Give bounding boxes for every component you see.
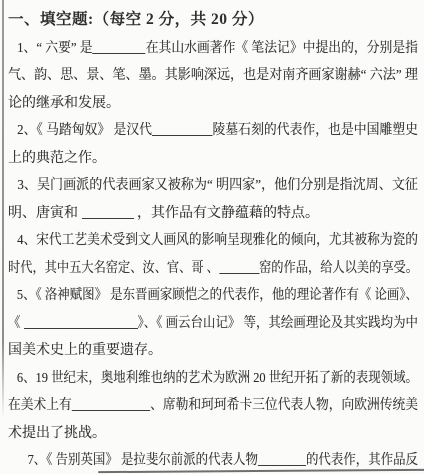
document-lines: 1、“ 六要” 是在其山水画著作《 笔法记》中提出的，分别是指气、韵、思、景、笔… — [8, 33, 418, 473]
text-segment: 窑的作品，给人以美的享受。 — [259, 261, 418, 276]
fill-blank — [82, 206, 134, 219]
question-line: 在美术上有、席勒和珂珂希卡三位代表人物，向欧洲传统美 — [8, 391, 418, 419]
text-segment: 在其山水画著作《 笔法记》中提出的，分别是指 — [146, 41, 418, 56]
fill-blank — [72, 398, 150, 411]
question-line: 气、韵、思、景、笔、墨。其影响深远，也是对南齐画家谢赫“ 六法” 理 — [8, 61, 418, 89]
question-line: 上的典范之作。 — [8, 143, 418, 171]
text-segment: 时代，其中五大名窑定、汝、官、哥 、 — [8, 261, 219, 276]
question-line: 6、19 世纪末，奥地利维也纳的艺术为欧洲 20 世纪开拓了新的表现领域。 — [8, 363, 418, 391]
question-line: 4、宋代工艺美术受到文人画风的影响呈现雅化的倾向，尤其被称为瓷的 — [8, 226, 418, 254]
text-segment: 的代表作，其作品反 — [306, 453, 418, 468]
question-line: 3、吴门画派的代表画家又被称为“ 明四家”，他们分别是指沈周、文征 — [8, 171, 418, 199]
question-line: 《 》、《 画云台山记》 等，其绘画理论及其实践均为中 — [8, 308, 418, 336]
question-line: 时代，其中五大名窑定、汝、官、哥 、窑的作品，给人以美的享受。 — [8, 253, 418, 281]
text-segment: 国美术史上的重要遗存。 — [8, 343, 162, 358]
text-segment: 明、唐寅和 — [8, 206, 82, 221]
exam-paper-page: 一、填空题:（每空 2 分，共 20 分） 1、“ 六要” 是在其山水画著作《 … — [0, 0, 424, 474]
text-segment: 陵墓石刻的代表作，也是中国雕塑史 — [213, 123, 418, 138]
text-segment: 在美术上有 — [8, 398, 72, 413]
text-segment: 、席勒和珂珂希卡三位代表人物，向欧洲传统美 — [150, 398, 418, 413]
text-segment: 术提出了挑战。 — [8, 426, 106, 441]
fill-blank — [24, 316, 138, 329]
text-segment: 6、19 世纪末，奥地利维也纳的艺术为欧洲 20 世纪开拓了新的表现领域。 — [17, 371, 418, 386]
question-line: 术提出了挑战。 — [8, 418, 418, 446]
text-segment: 5、《 洛神赋图》 是东晋画家顾恺之的代表作，他的理论著作有《 论画》、 — [17, 288, 418, 303]
question-line: 1、“ 六要” 是在其山水画著作《 笔法记》中提出的，分别是指 — [8, 33, 418, 61]
question-line: 明、唐寅和 ，其作品有文静蕴藉的特点。 — [8, 198, 418, 226]
text-segment: 气、韵、思、景、笔、墨。其影响深远，也是对南齐画家谢赫“ 六法” 理 — [8, 68, 418, 83]
question-line: 5、《 洛神赋图》 是东晋画家顾恺之的代表作，他的理论著作有《 论画》、 — [8, 281, 418, 309]
fill-blank — [258, 453, 306, 466]
section-title: 一、填空题:（每空 2 分，共 20 分） — [8, 3, 418, 33]
fill-blank — [219, 261, 259, 274]
text-segment: 4、宋代工艺美术受到文人画风的影响呈现雅化的倾向，尤其被称为瓷的 — [17, 233, 418, 248]
text-segment: ，其作品有文静蕴藉的特点。 — [134, 206, 320, 221]
scan-left-border-line — [2, 0, 4, 418]
text-segment: 《 — [8, 316, 24, 331]
text-segment: 》、《 画云台山记》 等，其绘画理论及其实践均为中 — [138, 316, 418, 331]
fill-blank — [152, 123, 213, 136]
text-segment: 1、“ 六要” 是 — [17, 41, 92, 56]
text-segment: 7、《 告别英国》 是拉斐尔前派的代表人物 — [28, 453, 258, 468]
fill-blank — [93, 41, 146, 54]
text-segment: 上的典范之作。 — [8, 151, 106, 166]
question-line: 论的继承和发展。 — [8, 88, 418, 116]
question-line: 国美术史上的重要遗存。 — [8, 336, 418, 364]
text-segment: 论的继承和发展。 — [8, 96, 120, 111]
question-line: 2、《 马踏匈奴》 是汉代陵墓石刻的代表作，也是中国雕塑史 — [8, 116, 418, 144]
text-segment: 3、吴门画派的代表画家又被称为“ 明四家”，他们分别是指沈周、文征 — [17, 178, 418, 193]
text-segment: 2、《 马踏匈奴》 是汉代 — [17, 123, 152, 138]
